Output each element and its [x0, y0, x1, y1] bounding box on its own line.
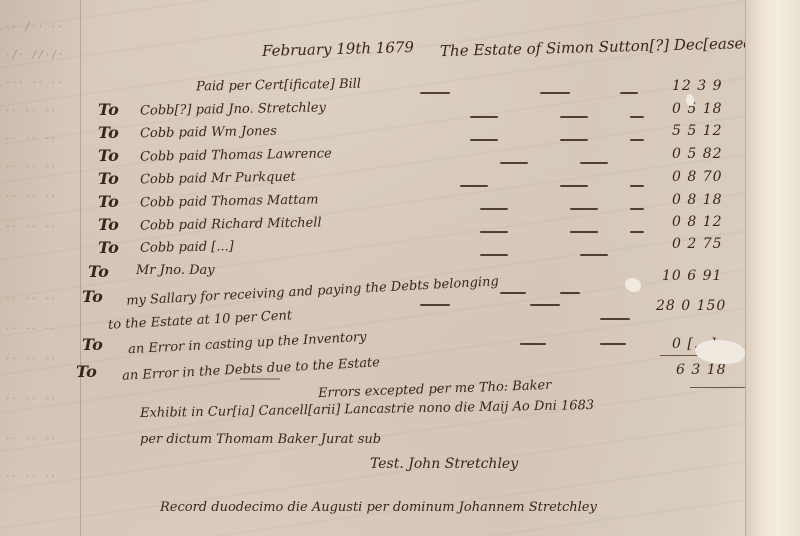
entry-text: Cobb paid Thomas Lawrence: [140, 146, 332, 164]
bleedthrough-text: ·· ·· ··: [6, 352, 58, 365]
entry-text: Cobb paid Richard Mitchell: [140, 215, 322, 233]
entry-prefix: To: [98, 192, 119, 211]
entry-text: Cobb paid Mr Purkquet: [140, 170, 296, 188]
bleedthrough-text: ·· ·· ··: [6, 104, 58, 117]
entry-text: Mr Jno. Day: [136, 263, 215, 278]
entry-prefix: To: [88, 262, 109, 281]
entry-text: Cobb paid Thomas Mattam: [140, 192, 319, 210]
bleedthrough-text: ·· /·· ··: [6, 20, 65, 33]
heading-date: February 19th 1679: [262, 38, 414, 60]
entry-amount: 6 3 18: [676, 362, 727, 378]
entry-text: Errors excepted per me Tho: Baker: [318, 378, 552, 401]
entry-prefix: To: [82, 335, 103, 354]
closing-exhibit-line: Exhibit in Cur[ia] Cancell[arii] Lancast…: [140, 398, 594, 421]
entry-amount: 0 5 18: [672, 101, 723, 117]
entry-amount: 28 0 150: [656, 298, 726, 314]
entry-amount: 12 3 9: [672, 78, 723, 94]
entry-prefix: To: [98, 146, 119, 165]
margin-rule: [80, 0, 81, 536]
paper-damage: [686, 94, 694, 106]
entry-text: to the Estate at 10 per Cent: [108, 308, 293, 333]
bleedthrough-text: ·· ·· ··: [6, 292, 58, 305]
entry-amount: 0 8 70: [672, 169, 723, 185]
entry-text: Paid per Cert[ificate] Bill: [196, 77, 361, 95]
bleedthrough-text: ·· ·· ··: [6, 190, 58, 203]
entry-prefix: To: [98, 169, 119, 188]
entry-amount: 0 2 75: [672, 236, 723, 252]
closing-record-line: Record duodecimo die Augusti per dominum…: [160, 500, 597, 515]
entry-text: Cobb[?] paid Jno. Stretchley: [140, 100, 326, 118]
entry-amount: 5 5 12: [672, 123, 723, 139]
heading-title: The Estate of Simon Sutton[?] Dec[eased]: [440, 34, 759, 60]
entry-amount: 10 6 91: [662, 268, 722, 284]
paper-damage: [625, 278, 641, 292]
entry-text: Cobb paid Wm Jones: [140, 124, 277, 141]
entry-prefix: To: [82, 287, 103, 306]
entry-prefix: To: [98, 100, 119, 119]
bleedthrough-text: ·· ·· ··: [6, 470, 58, 483]
manuscript-page: ·· /·· ·· ·/· //·/· ··· ·· ·· ·· ·· ·· ·…: [0, 0, 770, 536]
page-edge: [745, 0, 800, 536]
paper-damage: [695, 340, 745, 364]
entry-text: Cobb paid [...]: [140, 239, 234, 256]
bleedthrough-text: ·· ·· ··: [6, 322, 58, 335]
entry-amount: 0 8 18: [672, 192, 723, 208]
entry-prefix: To: [76, 362, 97, 381]
bleedthrough-text: ·· ·· ··: [6, 392, 58, 405]
bleedthrough-text: ·· ·· ··: [6, 432, 58, 445]
entry-amount: 0 8 12: [672, 214, 723, 230]
closing-test-signature: Test. John Stretchley: [370, 456, 518, 472]
closing-sworn-line: per dictum Thomam Baker Jurat sub: [140, 432, 381, 447]
bleedthrough-text: ·/· //·/·: [6, 48, 65, 61]
bleedthrough-text: ·· ·· ··: [6, 220, 58, 233]
entry-amount: 0 5 82: [672, 146, 723, 162]
bleedthrough-text: ·· ·· ··: [6, 132, 58, 145]
entry-prefix: To: [98, 238, 119, 257]
bleedthrough-text: ··· ·· ··: [6, 76, 64, 89]
entry-text: an Error in casting up the Inventory: [128, 330, 367, 357]
bleedthrough-text: ·· ·· ··: [6, 160, 58, 173]
entry-prefix: To: [98, 123, 119, 142]
entry-prefix: To: [98, 215, 119, 234]
